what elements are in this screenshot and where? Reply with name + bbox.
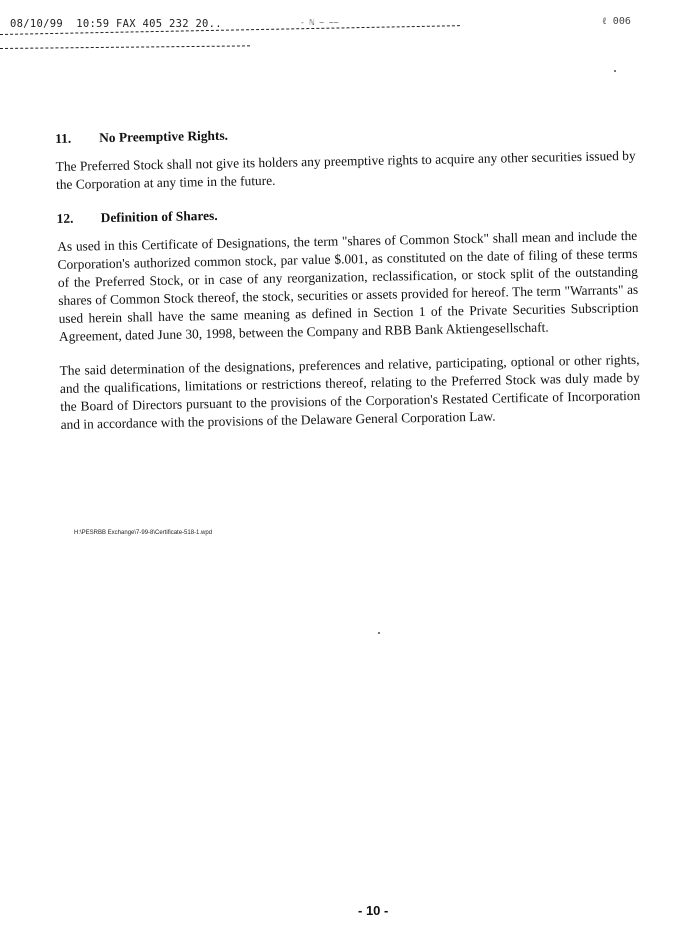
scan-speck — [614, 70, 616, 72]
scan-speck — [378, 632, 380, 634]
section-number: 11. — [55, 129, 99, 148]
fax-dashed-rule-lower — [0, 45, 250, 49]
section-paragraph: The Preferred Stock shall not give its h… — [56, 147, 637, 194]
section-heading: 11. No Preemptive Rights. — [55, 119, 635, 148]
fax-date: 08/10/99 — [10, 18, 63, 30]
section-paragraph: The said determination of the designatio… — [59, 351, 640, 434]
fax-time: 10:59 — [76, 18, 109, 30]
fax-page-marker: ℓ 006 — [602, 16, 631, 27]
fax-number: 405 232 20.. — [142, 18, 221, 30]
section-number: 12. — [57, 209, 101, 228]
document-file-path: H:\PESRBB Exchange\7-99-8\Certificate-51… — [74, 530, 212, 536]
section-title: No Preemptive Rights. — [99, 127, 228, 147]
section-paragraph: As used in this Certificate of Designati… — [57, 227, 639, 346]
fax-label: FAX — [116, 18, 136, 30]
fax-header: 08/10/99 10:59 FAX 405 232 20.. — [10, 18, 222, 30]
document-body: 11. No Preemptive Rights. The Preferred … — [55, 119, 641, 450]
section-title: Definition of Shares. — [101, 207, 218, 227]
section-11: 11. No Preemptive Rights. The Preferred … — [55, 119, 636, 194]
section-12: 12. Definition of Shares. As used in thi… — [57, 199, 641, 434]
page-number: - 10 - — [358, 903, 388, 918]
section-heading: 12. Definition of Shares. — [57, 199, 637, 228]
fax-middle-mark: - ℕ ~ ~~ — [300, 18, 339, 27]
